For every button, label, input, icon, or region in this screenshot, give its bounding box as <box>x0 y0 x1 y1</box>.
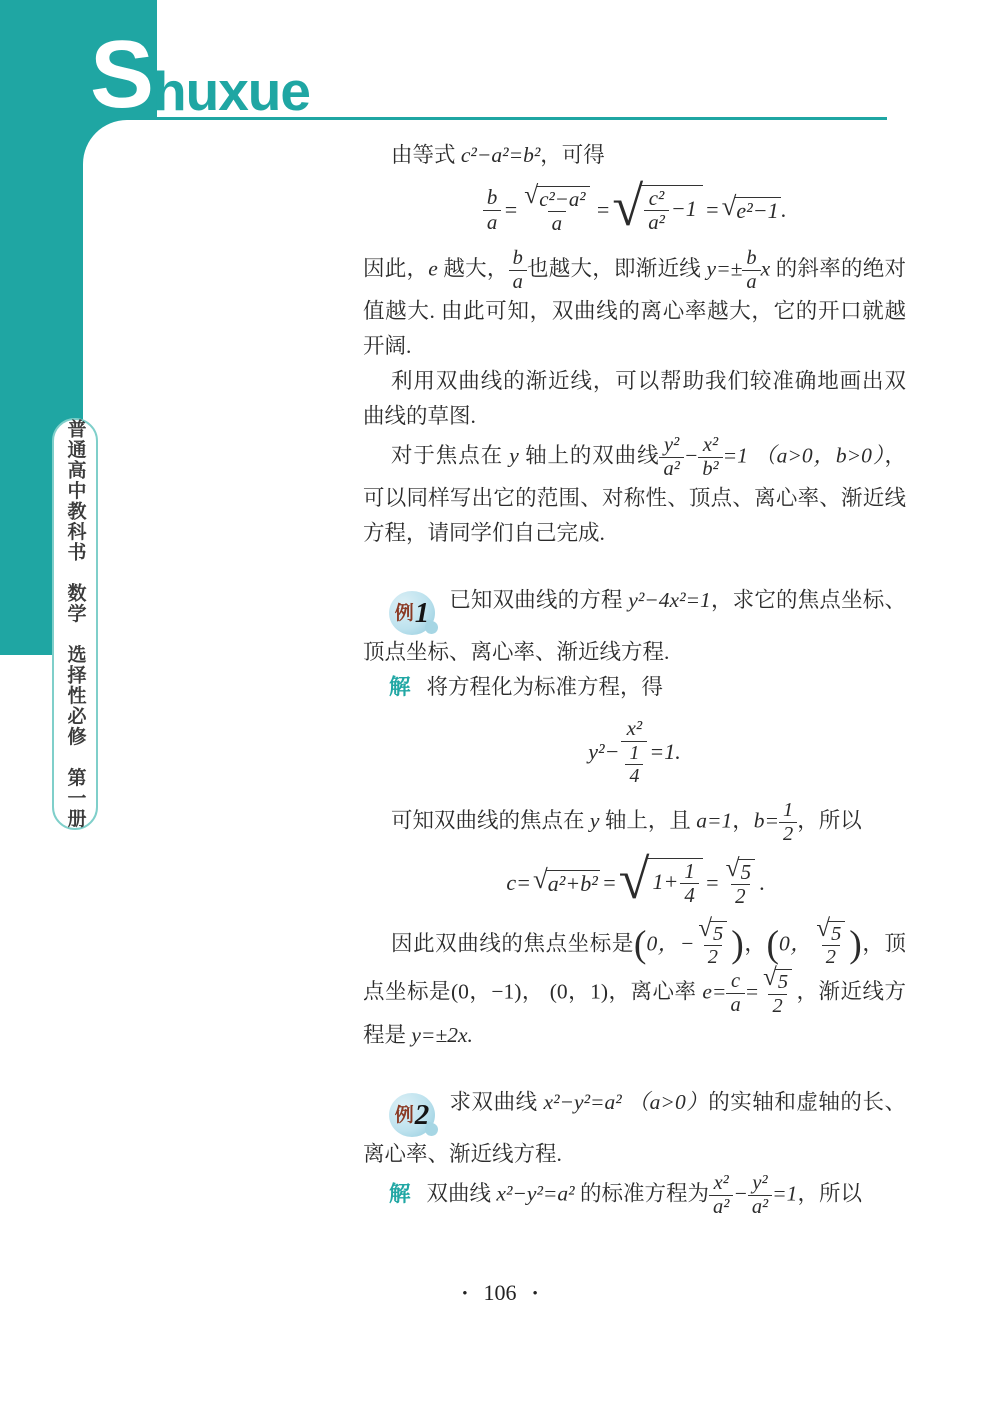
spine-capsule: 普通高中教科书 数学 选择性必修 第一册 <box>52 418 98 830</box>
example-1-heading: 例1已知双曲线的方程 y²−4x²=1，求它的焦点坐标、顶点坐标、离心率、渐近线… <box>363 583 906 671</box>
spine-title: 普通高中教科书 数学 选择性必修 第一册 <box>62 419 89 829</box>
fraction-sqrt5-2: √52 <box>812 921 849 970</box>
radical: √e²−1 <box>722 197 781 224</box>
formula-slope-derivation: ba = √c²−a² a = √c²a²−1 = √e²−1 . <box>363 185 906 235</box>
footer-dot-left: • <box>462 1286 467 1302</box>
fraction-sqrt5-2: √52 <box>694 921 731 970</box>
radical: √c²−a² <box>524 186 589 211</box>
fraction-b-a: ba <box>509 247 527 294</box>
paragraph-asymptote-sketch: 利用双曲线的渐近线，可以帮助我们较准确地画出双曲线的草图. <box>363 364 906 434</box>
fraction-b-a: ba <box>742 247 760 294</box>
paragraph-identity-intro: 由等式 c²−a²=b²，可得 <box>363 138 906 173</box>
radical: √1+14 <box>619 858 703 908</box>
inline-equation: y²−4x²=1 <box>628 588 711 612</box>
formula-standard-form-example1: y²− x² 14 =1. <box>363 717 906 787</box>
radical: √5 <box>726 859 755 884</box>
radical: √5 <box>816 921 845 946</box>
inline-equation: x²−y²=a² <box>544 1090 622 1114</box>
big-paren-open: ( <box>634 923 647 965</box>
fraction-y2-a2: y²a² <box>659 434 683 481</box>
fraction-sqrt5-2: √52 <box>722 858 759 908</box>
fraction-b-a: ba <box>483 186 501 234</box>
paragraph-example1-results: 因此双曲线的焦点坐标是(0，−√52)，(0，√52)，顶点坐标是(0，−1)，… <box>363 921 906 1053</box>
example-badge-label: 例 <box>395 596 414 631</box>
page-number: 106 <box>484 1280 517 1305</box>
big-paren-close: ) <box>849 923 862 965</box>
big-paren-close: ) <box>731 923 744 965</box>
inline-equation: c²−a²=b² <box>461 143 540 167</box>
fraction-x2-over-quarter: x² 14 <box>621 717 647 787</box>
fraction-sqrt5-2: √52 <box>759 969 796 1018</box>
fraction-1-2: 12 <box>779 799 797 846</box>
footer-dot-right: • <box>533 1286 538 1302</box>
big-paren-open: ( <box>766 923 779 965</box>
page-footer: •106• <box>0 1280 1000 1306</box>
sqrt-symbol: √ <box>612 179 643 235</box>
sqrt-symbol: √ <box>619 852 650 908</box>
fraction-1-4: 14 <box>625 742 643 787</box>
textbook-page: { "logo": {"s": "S", "rest": "huxue"}, "… <box>0 0 1000 1403</box>
example-badge-number: 2 <box>415 1098 430 1133</box>
brand-logo-s: S <box>90 28 154 122</box>
solution-label: 解 <box>389 675 411 699</box>
paragraph-focus-on-y-axis: 可知双曲线的焦点在 y 轴上，且 a=1，b=12，所以 <box>363 799 906 846</box>
fraction-sqrt-c2a2-over-a: √c²−a² a <box>520 185 593 235</box>
fraction-c-a: ca <box>726 970 744 1017</box>
radical: √5 <box>763 969 792 994</box>
fraction-x2-b2: x²b² <box>698 434 722 481</box>
example-badge-number: 1 <box>415 596 430 631</box>
content-area: 由等式 c²−a²=b²，可得 ba = √c²−a² a = √c²a²−1 … <box>363 138 906 1219</box>
example-2-badge: 例2 <box>389 1093 435 1137</box>
paragraph-y-axis-hyperbola: 对于焦点在 y 轴上的双曲线y²a²−x²b²=1 （a>0，b>0），可以同样… <box>363 434 906 551</box>
example-badge-label: 例 <box>395 1098 414 1133</box>
formula-c-value: c= √a²+b² = √1+14 = √52 . <box>363 858 906 908</box>
example-1-badge: 例1 <box>389 591 435 635</box>
example-2-heading: 例2求双曲线 x²−y²=a² （a>0）的实轴和虚轴的长、离心率、渐近线方程. <box>363 1085 906 1173</box>
paragraph-eccentricity-openness: 因此，e 越大，ba也越大，即渐近线 y=±bax 的斜率的绝对值越大. 由此可… <box>363 247 906 364</box>
radical: √a²+b² <box>533 870 600 897</box>
fraction-c2-a2: c²a² <box>644 187 669 235</box>
solution-2-intro: 解双曲线 x²−y²=a² 的标准方程为x²a²−y²a²=1，所以 <box>363 1172 906 1219</box>
solution-label: 解 <box>389 1182 411 1206</box>
solution-1-intro: 解将方程化为标准方程，得 <box>363 670 906 705</box>
radical: √5 <box>698 921 727 946</box>
fraction-x2-a2: x²a² <box>709 1172 733 1219</box>
radical: √c²a²−1 <box>612 185 702 235</box>
fraction-y2-a2: y²a² <box>748 1172 772 1219</box>
inline-equation: x²−y²=a² <box>496 1182 574 1206</box>
brand-logo-huxue: huxue <box>153 62 310 120</box>
fraction-1-4: 14 <box>680 860 698 908</box>
